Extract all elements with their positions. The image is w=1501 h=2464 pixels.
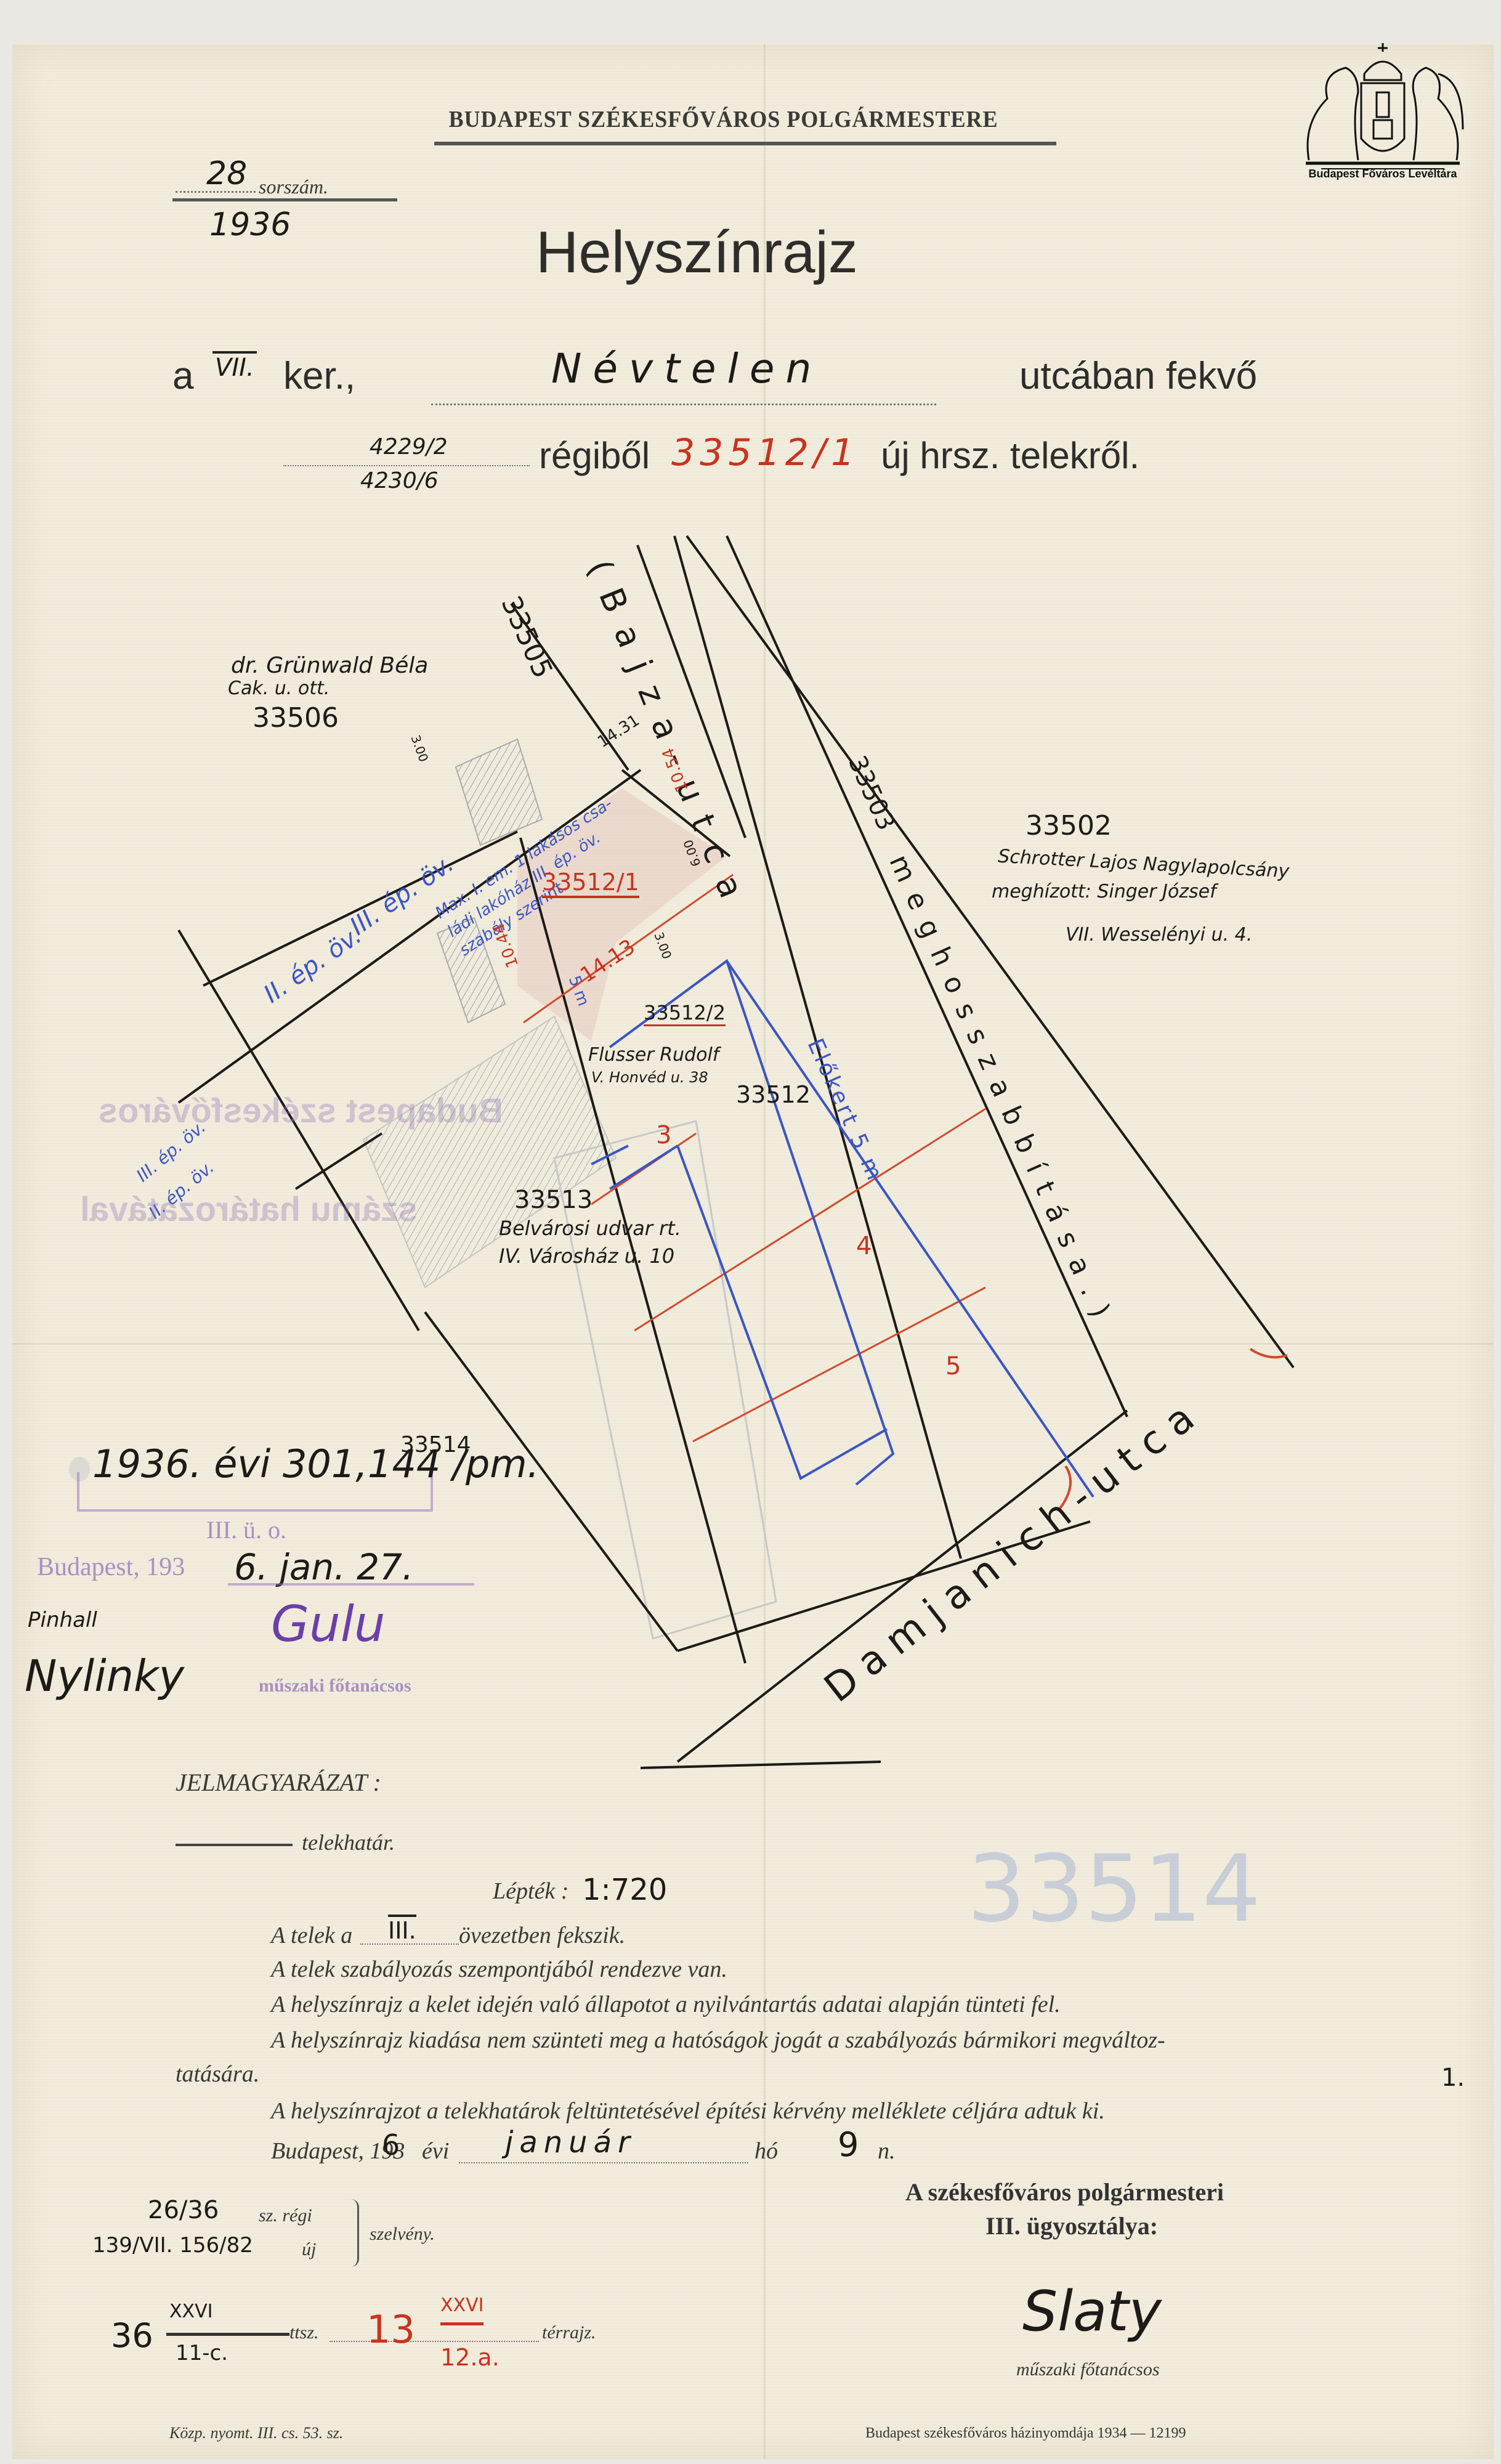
parcel-33512-2-address: V. Honvéd u. 38 — [591, 1069, 708, 1086]
parcel-3-label: 3 — [656, 1121, 671, 1149]
issue-day-label: hó — [755, 2138, 778, 2165]
issue-year-digit: 6 — [382, 2128, 400, 2162]
stamp-signature-title: műszaki főtanácsos — [259, 1676, 411, 1696]
ttsz-bottom: 11-c. — [176, 2341, 228, 2365]
stamp-signature: Gulu — [271, 1595, 386, 1653]
issue-month: január — [505, 2125, 636, 2160]
zone-value: III. — [388, 1915, 416, 1944]
sheet-brace — [351, 2199, 359, 2267]
new-sheet-label: új — [302, 2239, 316, 2260]
initial-signature: Pinhall — [28, 1608, 97, 1632]
month-dotted-line — [459, 2162, 748, 2163]
parcel-33502-id: 33502 — [1026, 810, 1112, 841]
terrajz-bottom: 12.a. — [440, 2344, 500, 2371]
scale-value: 1:720 — [582, 1873, 667, 1907]
ghost-stamp-text: Budapest székesfőváros — [99, 1090, 503, 1130]
parcel-33512-1-id: 33512/1 — [542, 869, 639, 898]
statement-3: A helyszínrajz kiadása nem szünteti meg … — [271, 2027, 1165, 2054]
ttsz-fraction-bar — [166, 2333, 289, 2336]
issue-year-suffix: évi — [422, 2138, 449, 2165]
left-signature: Nylinky — [25, 1651, 184, 1701]
zone-line-prefix: A telek a — [271, 1922, 352, 1949]
ghost-stamp-text-2: számu határozatával — [80, 1189, 418, 1229]
parcel-33502-address: VII. Wesselényi u. 4. — [1066, 924, 1252, 946]
legend-heading: JELMAGYARÁZAT : — [176, 1768, 381, 1797]
signature-line-1: A székesfőváros polgármesteri — [905, 2178, 1224, 2207]
old-sheet-number: 26/36 — [148, 2196, 219, 2224]
statement-1: A telek szabályozás szempontjából rendez… — [271, 1956, 727, 1983]
legend-boundary-label: telekhatár. — [302, 1830, 395, 1855]
parcel-33512-2-owner: Flusser Rudolf — [588, 1044, 719, 1066]
official-signature: Slaty — [1022, 2279, 1162, 2344]
parcel-33513-address: IV. Városház u. 10 — [499, 1244, 674, 1268]
footer-printer: Budapest székesfőváros házinyomdája 1934… — [865, 2425, 1186, 2442]
terrajz-top: XXVI — [440, 2295, 483, 2325]
legend-boundary-line — [176, 1844, 293, 1846]
date-stamp-fill: 6. jan. 27. — [234, 1546, 413, 1588]
parcel-33506-id: 33506 — [253, 702, 339, 734]
parcel-33513-id: 33513 — [514, 1186, 593, 1214]
issue-date-end: n. — [878, 2138, 896, 2165]
date-stamp-prefix: Budapest, 193 — [37, 1552, 185, 1582]
scale-label: Lépték : — [493, 1878, 568, 1905]
terrajz-number: 13 — [366, 2307, 415, 2352]
site-plan-drawing — [0, 0, 1501, 2464]
parcel-33512-id: 33512 — [736, 1081, 811, 1108]
statement-3-continued: tatására. — [176, 2061, 259, 2088]
parcel-33513-owner: Belvárosi udvar rt. — [499, 1217, 681, 1240]
statement-2: A helyszínrajz a kelet idején való állap… — [271, 1991, 1061, 2018]
ttsz-number: 36 — [111, 2316, 153, 2355]
signature-line-2: III. ügyosztálya: — [985, 2211, 1158, 2240]
parcel-4-label: 4 — [856, 1232, 872, 1260]
old-sheet-label: sz. régi — [259, 2205, 312, 2226]
signature-title: műszaki főtanácsos — [1016, 2359, 1160, 2380]
terrajz-label: térrajz. — [542, 2322, 596, 2343]
new-sheet-number: 139/VII. 156/82 — [92, 2233, 253, 2258]
zone-line-suffix: övezetben fekszik. — [459, 1922, 625, 1949]
registration-parcel-ref: 33514 — [400, 1432, 471, 1457]
parcel-5-label: 5 — [945, 1352, 961, 1380]
issue-day: 9 — [838, 2125, 859, 2164]
faded-blue-number: 33514 — [967, 1836, 1261, 1943]
margin-mark: 1. — [1441, 2064, 1465, 2092]
parcel-33506-owner: dr. Grünwald Béla — [231, 653, 428, 678]
parcel-33506-address: Cak. u. ott. — [228, 678, 330, 699]
terrajz-dotted-line — [330, 2341, 539, 2342]
ttsz-label: ttsz. — [289, 2322, 319, 2343]
date-stamp-underline — [228, 1583, 474, 1586]
registration-text: 1936. évi 301,144 /pm. — [92, 1441, 539, 1486]
statement-4: A helyszínrajzot a telekhatárok feltünte… — [271, 2097, 1105, 2125]
parcel-33502-owner2: meghízott: Singer József — [992, 881, 1216, 902]
footer-form-number: Közp. nyomt. III. cs. 53. sz. — [169, 2424, 343, 2442]
parcel-33512-2-id: 33512/2 — [644, 1001, 726, 1026]
pencil-building-33506 — [456, 739, 542, 845]
office-stamp: III. ü. o. — [206, 1515, 286, 1544]
ttsz-top: XXVI — [169, 2301, 212, 2322]
sheet-group-label: szelvény. — [370, 2224, 435, 2245]
